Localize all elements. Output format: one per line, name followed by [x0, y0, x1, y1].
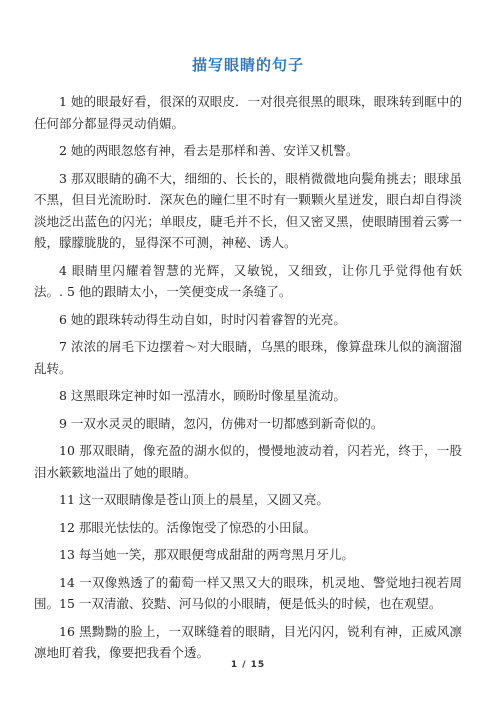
document-page: 描写眼睛的句子 1 她的眼最好看，很深的双眼皮．一对很亮很黑的眼珠，眼珠转到眶中…	[0, 0, 496, 702]
paragraph: 2 她的两眼忽悠有神，看去是那样和善、安详又机警。	[34, 140, 462, 162]
paragraph: 8 这黑眼珠定神时如一泓清水，顾盼时像星星流动。	[34, 385, 462, 407]
paragraph: 7 浓浓的屑毛下边摆着～对大眼睛，乌黑的眼珠，像算盘珠儿似的滴溜溜乱转。	[34, 336, 462, 379]
paragraph: 10 那双眼睛，像充盈的湖水似的，慢慢地波动着，闪若光，终于，一股泪水簌簌地溢出…	[34, 440, 462, 483]
paragraph: 3 那双眼睛的确不大，细细的、长长的，眼梢微微地向鬓角挑去；眼球虽不黑，但目光流…	[34, 168, 462, 254]
page-number: 1 / 15	[0, 660, 496, 670]
paragraph: 6 她的跟珠转动得生动自如，时时闪着睿智的光亮。	[34, 309, 462, 331]
paragraph: 14 一双像熟透了的葡萄一样又黑又大的眼珠，机灵地、警觉地扫视若周围。15 一双…	[34, 572, 462, 615]
document-content: 描写眼睛的句子 1 她的眼最好看，很深的双眼皮．一对很亮很黑的眼珠，眼珠转到眶中…	[0, 0, 496, 664]
document-title: 描写眼睛的句子	[34, 54, 462, 75]
paragraph: 16 黑黝黝的脸上，一双眯缝着的眼睛，目光闪闪，锐利有神，正威风凛凛地盯着我，像…	[34, 621, 462, 664]
paragraph: 13 每当她一笑，那双眼便弯成甜甜的两弯黑月牙儿。	[34, 544, 462, 566]
paragraph: 12 那眼光怯怯的。活像饱受了惊恐的小田鼠。	[34, 517, 462, 539]
paragraph: 11 这一双眼睛像是苍山顶上的晨星，又圆又亮。	[34, 489, 462, 511]
paragraph: 4 眼睛里闪耀着智慧的光辉，又敏锐，又细致，让你几乎觉得他有妖法。. 5 他的跟…	[34, 260, 462, 303]
paragraph: 1 她的眼最好看，很深的双眼皮．一对很亮很黑的眼珠，眼珠转到眶中的任何部分都显得…	[34, 91, 462, 134]
paragraph: 9 一双水灵灵的眼睛，忽闪，仿佛对一切都感到新奇似的。	[34, 413, 462, 435]
